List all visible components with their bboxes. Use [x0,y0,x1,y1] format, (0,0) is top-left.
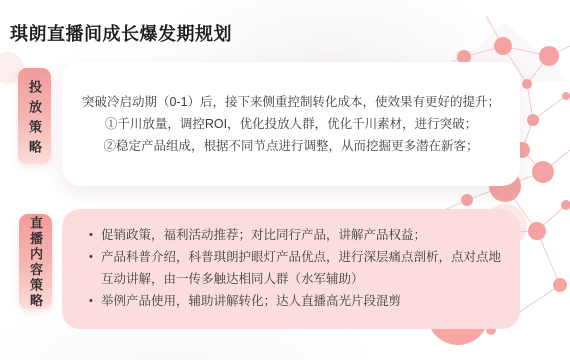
bullet-list: • 促销政策，福利活动推荐；对比同行产品，讲解产品权益； • 产品科普介绍，科普… [88,224,504,312]
page-title: 琪朗直播间成长爆发期规划 [10,20,232,46]
bullet-item: • 举例产品使用，辅助讲解转化；达人直播高光片段混剪 [88,290,504,312]
bullet-item: • 促销政策，福利活动推荐；对比同行产品，讲解产品权益； [88,224,504,246]
section-tab-placement-strategy: 投放策略 [18,68,51,164]
placement-line: ①千川放量，调控ROI，优化投放人群，优化千川素材，进行突破； [78,113,504,135]
section-tab-label: 直播内容策略 [26,216,45,309]
placement-line: ②稳定产品组成，根据不同节点进行调整，从而挖掘更多潜在新客； [78,135,504,157]
slide-canvas: 琪朗直播间成长爆发期规划 投放策略 突破冷启动期（0-1）后，接下来侧重控制转化… [0,0,570,360]
bullet-dot: • [89,246,93,268]
bullet-text: 产品科普介绍，科普琪朗护眼灯产品优点，进行深层痛点剖析，点对点地互动讲解，由一传… [101,250,501,286]
bullet-item: • 产品科普介绍，科普琪朗护眼灯产品优点，进行深层痛点剖析，点对点地互动讲解，由… [88,246,504,290]
placement-line: 突破冷启动期（0-1）后，接下来侧重控制转化成本，使效果有更好的提升； [78,91,504,113]
bullet-text: 举例产品使用，辅助讲解转化；达人直播高光片段混剪 [101,294,401,308]
section-tab-live-content-strategy: 直播内容策略 [19,214,52,309]
bullet-dot: • [89,290,93,312]
live-content-strategy-box: • 促销政策，福利活动推荐；对比同行产品，讲解产品权益； • 产品科普介绍，科普… [62,209,520,329]
bullet-dot: • [89,224,93,246]
section-tab-label: 投放策略 [25,80,44,160]
bullet-text: 促销政策，福利活动推荐；对比同行产品，讲解产品权益； [101,228,426,242]
placement-strategy-box: 突破冷启动期（0-1）后，接下来侧重控制转化成本，使效果有更好的提升； ①千川放… [62,62,520,186]
